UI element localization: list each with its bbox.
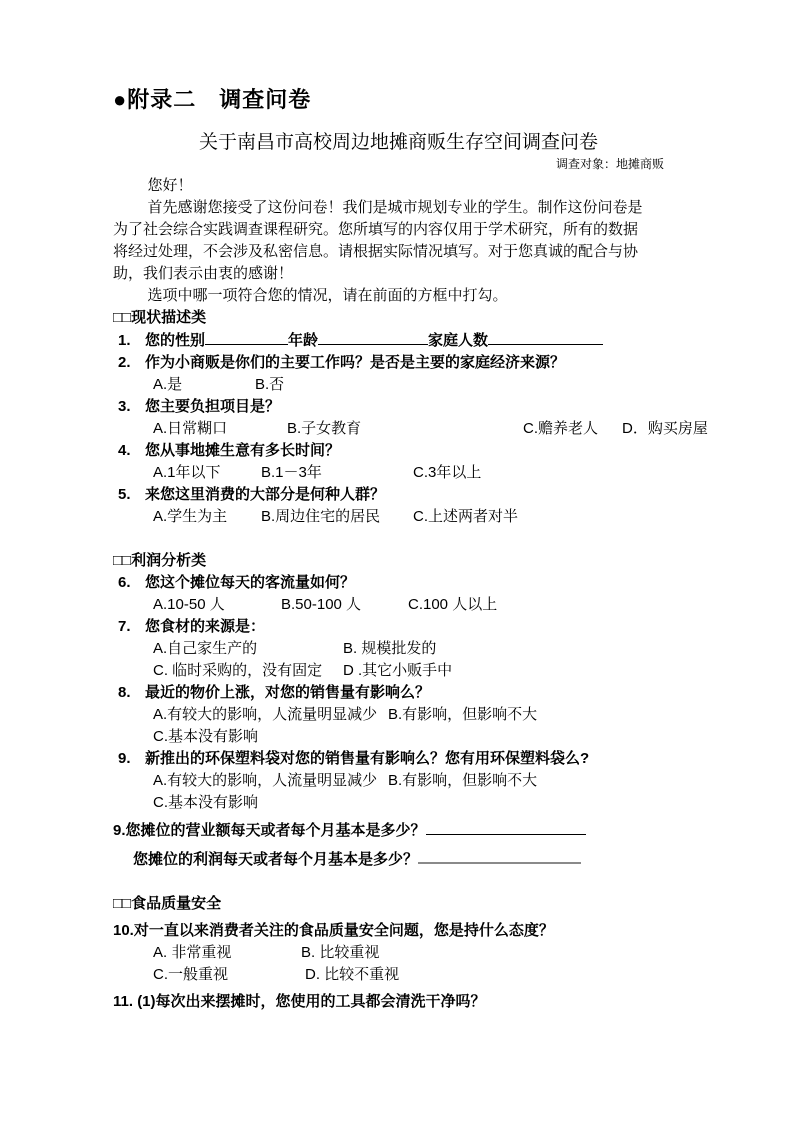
question-section: □□现状描述类1.您的性别年龄家庭人数2.作为小商贩是你们的主要工作吗？是否是主… xyxy=(113,307,684,528)
option: B.有影响，但影响不大 xyxy=(388,770,537,792)
option-line: A.是B.否 xyxy=(113,374,684,396)
option: A. 非常重视 xyxy=(153,942,301,964)
question-row: 6.您这个摊位每天的客流量如何？ xyxy=(113,572,684,594)
fill-label: 您的性别 xyxy=(145,332,205,349)
option: C.100 人以上 xyxy=(408,594,497,616)
option: C.上述两者对半 xyxy=(413,506,518,528)
option: A.日常糊口 xyxy=(153,418,287,440)
fill-blank xyxy=(318,329,428,345)
option: A.是 xyxy=(153,374,255,396)
option: C.一般重视 xyxy=(153,964,305,986)
option-line: A.学生为主B.周边住宅的居民C.上述两者对半 xyxy=(113,506,684,528)
question-row: 8.最近的物价上涨，对您的销售量有影响么？ xyxy=(113,682,684,704)
option: D .其它小贩手中 xyxy=(343,660,452,682)
survey-target-label: 调查对象：地摊商贩 xyxy=(113,156,684,172)
question-row: 9.您摊位的营业额每天或者每个月基本是多少？ xyxy=(113,819,684,842)
question-text: 最近的物价上涨，对您的销售量有影响么？ xyxy=(145,684,430,701)
option: C.基本没有影响 xyxy=(153,792,258,814)
greeting-text: 您好！ xyxy=(113,175,684,197)
option: C.赡养老人 xyxy=(523,418,622,440)
question-number: 9. xyxy=(118,748,145,770)
instruction-text: 选项中哪一项符合您的情况，请在前面的方框中打勾。 xyxy=(113,285,684,307)
question-number: 4. xyxy=(118,440,145,462)
question-row: 7.您食材的来源是： xyxy=(113,616,684,638)
option-line: A.10-50 人B.50-100 人C.100 人以上 xyxy=(113,594,684,616)
document-page: ●附录二 调查问卷 关于南昌市高校周边地摊商贩生存空间调查问卷 调查对象：地摊商… xyxy=(0,0,794,1123)
fill-blank xyxy=(418,847,581,864)
option-line: C.一般重视D. 比较不重视 xyxy=(113,964,684,986)
option: C. 临时采购的，没有固定 xyxy=(153,660,343,682)
fill-blank xyxy=(426,819,586,835)
option: A.10-50 人 xyxy=(153,594,281,616)
fill-label: 家庭人数 xyxy=(428,332,488,349)
question-number: 8. xyxy=(118,682,145,704)
question-row: 5.来您这里消费的大部分是何种人群？ xyxy=(113,484,684,506)
question-row: 4.您从事地摊生意有多长时间？ xyxy=(113,440,684,462)
intro-line: 将经过处理，不会涉及私密信息。请根据实际情况填写。对于您真诚的配合与协 xyxy=(113,241,684,263)
option: A.自己家生产的 xyxy=(153,638,343,660)
section-heading: □□食品质量安全 xyxy=(113,893,684,915)
intro-paragraph: 首先感谢您接受了这份问卷！我们是城市规划专业的学生。制作这份问卷是 为了社会综合… xyxy=(113,197,684,285)
question-row: 您摊位的利润每天或者每个月基本是多少？ xyxy=(133,847,684,871)
question-row: 1.您的性别年龄家庭人数 xyxy=(113,329,684,352)
question-number: 5. xyxy=(118,484,145,506)
option: B.周边住宅的居民 xyxy=(261,506,413,528)
questionnaire-title: 关于南昌市高校周边地摊商贩生存空间调查问卷 xyxy=(113,131,684,155)
intro-line: 首先感谢您接受了这份问卷！我们是城市规划专业的学生。制作这份问卷是 xyxy=(113,197,684,219)
section-heading: □□现状描述类 xyxy=(113,307,684,329)
question-text: 您从事地摊生意有多长时间？ xyxy=(145,442,340,459)
question-number: 1. xyxy=(118,330,145,352)
fill-blank xyxy=(488,329,603,345)
option-line: A.1年以下B.1－3年C.3年以上 xyxy=(113,462,684,484)
option-line: C.基本没有影响 xyxy=(113,726,684,748)
option-line: C. 临时采购的，没有固定D .其它小贩手中 xyxy=(113,660,684,682)
question-number: 6. xyxy=(118,572,145,594)
question-row: 2.作为小商贩是你们的主要工作吗？是否是主要的家庭经济来源？ xyxy=(113,352,684,374)
option: D．购买房屋 xyxy=(622,418,708,440)
option: A.学生为主 xyxy=(153,506,261,528)
question-text: 9.您摊位的营业额每天或者每个月基本是多少？ xyxy=(113,822,426,839)
option: B.50-100 人 xyxy=(281,594,408,616)
question-text: 您主要负担项目是？ xyxy=(145,398,280,415)
question-text: 11. (1)每次出来摆摊时，您使用的工具都会清洗干净吗？ xyxy=(113,993,486,1010)
option: D. 比较不重视 xyxy=(305,964,399,986)
option-line: A.自己家生产的B. 规模批发的 xyxy=(113,638,684,660)
option: B.否 xyxy=(255,374,284,396)
option-line: A. 非常重视B. 比较重视 xyxy=(113,942,684,964)
question-number: 3. xyxy=(118,396,145,418)
question-row: 3.您主要负担项目是？ xyxy=(113,396,684,418)
option: C.3年以上 xyxy=(413,462,481,484)
option-line: A.有较大的影响，人流量明显减少B.有影响，但影响不大 xyxy=(113,704,684,726)
question-row: 11. (1)每次出来摆摊时，您使用的工具都会清洗干净吗？ xyxy=(113,991,684,1013)
option-line: C.基本没有影响 xyxy=(113,792,684,814)
question-text: 您这个摊位每天的客流量如何？ xyxy=(145,574,355,591)
option: B. 比较重视 xyxy=(301,942,379,964)
option: B. 规模批发的 xyxy=(343,638,436,660)
option: A.有较大的影响，人流量明显减少 xyxy=(153,704,388,726)
question-row: 10.对一直以来消费者关注的食品质量安全问题，您是持什么态度？ xyxy=(113,920,684,942)
question-row: 9.新推出的环保塑料袋对您的销售量有影响么？您有用环保塑料袋么? xyxy=(113,748,684,770)
option-line: A.有较大的影响，人流量明显减少B.有影响，但影响不大 xyxy=(113,770,684,792)
option: B.有影响，但影响不大 xyxy=(388,704,537,726)
section-heading: □□利润分析类 xyxy=(113,550,684,572)
question-text: 您食材的来源是： xyxy=(145,618,265,635)
question-text: 作为小商贩是你们的主要工作吗？是否是主要的家庭经济来源？ xyxy=(145,354,565,371)
page-title: ●附录二 调查问卷 xyxy=(113,86,684,113)
fill-label: 年龄 xyxy=(288,332,318,349)
question-text: 新推出的环保塑料袋对您的销售量有影响么？您有用环保塑料袋么? xyxy=(145,750,589,767)
option-line: A.日常糊口B.子女教育C.赡养老人D．购买房屋 xyxy=(113,418,684,440)
intro-line: 为了社会综合实践调查课程研究。您所填写的内容仅用于学术研究，所有的数据 xyxy=(113,219,684,241)
fill-blank xyxy=(205,329,288,345)
question-section: □□利润分析类6.您这个摊位每天的客流量如何？A.10-50 人B.50-100… xyxy=(113,550,684,871)
questionnaire-body: □□现状描述类1.您的性别年龄家庭人数2.作为小商贩是你们的主要工作吗？是否是主… xyxy=(113,307,684,1013)
question-number: 2. xyxy=(118,352,145,374)
question-text: 10.对一直以来消费者关注的食品质量安全问题，您是持什么态度？ xyxy=(113,922,554,939)
question-text: 来您这里消费的大部分是何种人群？ xyxy=(145,486,385,503)
option: B.1－3年 xyxy=(261,462,413,484)
question-text: 您摊位的利润每天或者每个月基本是多少？ xyxy=(133,851,418,868)
question-section: □□食品质量安全10.对一直以来消费者关注的食品质量安全问题，您是持什么态度？A… xyxy=(113,893,684,1013)
intro-line: 助，我们表示由衷的感谢！ xyxy=(113,263,684,285)
option: A.1年以下 xyxy=(153,462,261,484)
option: A.有较大的影响，人流量明显减少 xyxy=(153,770,388,792)
option: B.子女教育 xyxy=(287,418,523,440)
question-number: 7. xyxy=(118,616,145,638)
option: C.基本没有影响 xyxy=(153,726,258,748)
